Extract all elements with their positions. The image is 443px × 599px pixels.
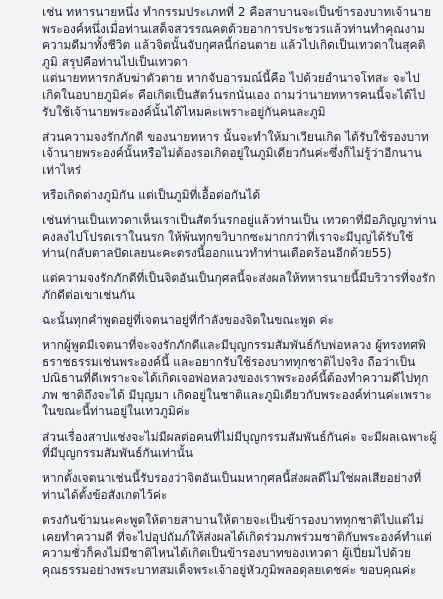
comment-paragraph-3: ส่วนความจงรักภักดี ของนายทหาร นั้นจะทำให… [42, 129, 438, 179]
comment-paragraph-4: หรือเกิดต่างภูมิกัน แต่เป็นภูมิที่เอื้อต… [42, 187, 438, 204]
comment-paragraph-9: ส่วนเรื่องสาปแช่งจะไม่มีผลต่อคนที่ไม่มีบ… [42, 429, 438, 462]
comment-body: เช่น ทหารนายหนึ่ง ทำกรรมประเภทที่ 2 คือส… [42, 4, 438, 587]
comment-paragraph-11: ตรงกันข้ามนะคะพูดให้ตายสาบานให้ตายจะเป็น… [42, 512, 438, 578]
comment-paragraph-5: เช่นท่านเป็นเทวดาเห็นเราเป็นสัตว์นรกอยู่… [42, 212, 438, 262]
comment-paragraph-8: หากผู้พูดมีเจตนาที่จะจงรักภักดีและมีบุญก… [42, 337, 438, 420]
comment-paragraph-1: เช่น ทหารนายหนึ่ง ทำกรรมประเภทที่ 2 คือส… [42, 4, 438, 70]
comment-paragraph-2: แต่นายทหารกลับฆ่าตัวตาย หากจับอารมณ์นี้ค… [42, 70, 438, 120]
comment-paragraph-7: ฉะนั้นทุกคำพูดอยู่ที่เจตนาอยู่ที่กำลังขอ… [42, 312, 438, 329]
comment-paragraph-10: หากตั้งเจตนาเช่นนี้รับรองว่าจิตอันเป็นมห… [42, 470, 438, 503]
comment-paragraph-6: แต่ความจงรักภักดีที่เป็นจิตอันเป็นกุศลนี… [42, 270, 438, 303]
